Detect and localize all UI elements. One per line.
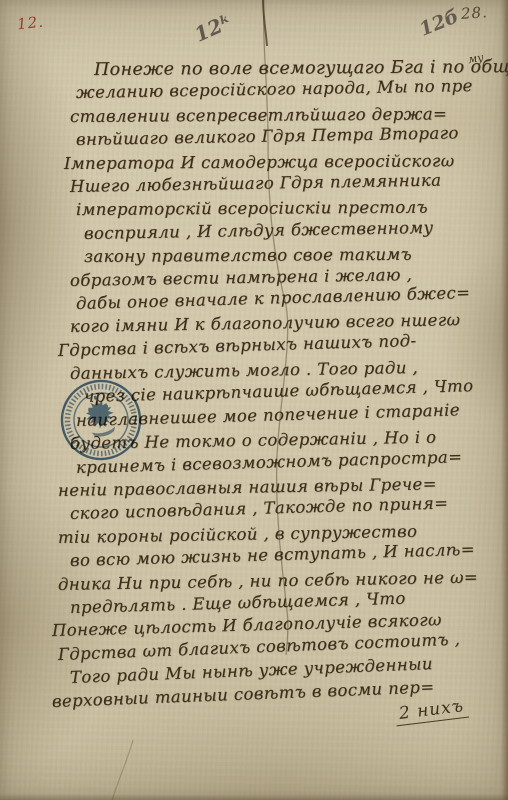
page-edge-shadow-bottom (0, 794, 508, 800)
double-headed-eagle-icon (81, 392, 118, 439)
folio-number-ink: 28. (460, 3, 488, 23)
page-edge-shadow-right (501, 0, 508, 800)
folio-number-red: 12. (16, 13, 45, 34)
manuscript-scan: { "page": { "folio_marks": { "top_left_r… (0, 0, 508, 800)
